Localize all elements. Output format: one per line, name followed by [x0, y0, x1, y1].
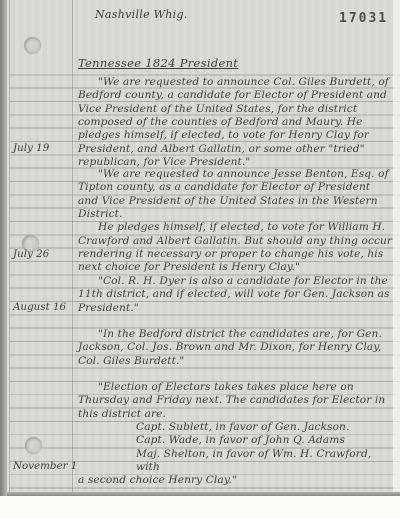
- entry-paragraph: "Col. R. H. Dyer is also a candidate for…: [78, 275, 393, 315]
- page-right-edge: [393, 0, 400, 494]
- page-number-stamp: 17031: [339, 11, 388, 26]
- elector-list-item: Maj. Shelton, in favor of Wm. H. Crawfor…: [136, 448, 393, 475]
- hole-punch-top: [24, 37, 41, 54]
- elector-list-item: Capt. Wade, in favor of John Q. Adams: [136, 434, 393, 447]
- margin-date: July 26: [13, 248, 73, 261]
- elector-list-item: Capt. Sublett, in favor of Gen. Jackson.: [136, 421, 393, 434]
- entry-paragraph: "Election of Electors takes takes place …: [78, 381, 393, 488]
- entry-paragraph-text: "Col. R. H. Dyer is also a candidate for…: [78, 275, 393, 315]
- entry-paragraph: "In the Bedford district the candidates …: [78, 328, 393, 368]
- elector-candidate-list: Capt. Sublett, in favor of Gen. Jackson.…: [78, 421, 393, 474]
- notepad-page: Nashville Whig. 17031 Tennessee 1824 Pre…: [7, 0, 400, 494]
- entry-closing-line: a second choice Henry Clay.": [78, 474, 393, 487]
- margin-date: August 16: [13, 301, 73, 314]
- entry-paragraph-text: "We are requested to announce Jesse Bent…: [78, 168, 393, 221]
- page-bottom-shadow: [7, 492, 400, 496]
- source-title: Nashville Whig.: [95, 8, 188, 21]
- entry-paragraph: "We are requested to announce Jesse Bent…: [78, 168, 393, 275]
- margin-date: November 1: [13, 460, 73, 473]
- entry-paragraph-text: "In the Bedford district the candidates …: [78, 328, 393, 368]
- entry-paragraph: "We are requested to announce Col. Giles…: [78, 76, 393, 169]
- margin-date: July 19: [13, 142, 73, 155]
- margin-rule-line: [72, 0, 73, 494]
- entry-paragraph-text: He pledges himself, if elected, to vote …: [78, 221, 393, 274]
- document-heading: Tennessee 1824 President: [78, 56, 238, 70]
- entry-paragraph-text: "Election of Electors takes takes place …: [78, 381, 393, 421]
- hole-punch-bottom: [25, 437, 42, 454]
- entry-paragraph-text: "We are requested to announce Col. Giles…: [78, 76, 393, 169]
- scanned-document: { "page": { "source_title": "Nashville W…: [0, 0, 400, 518]
- scan-edge-shadow: [0, 0, 7, 496]
